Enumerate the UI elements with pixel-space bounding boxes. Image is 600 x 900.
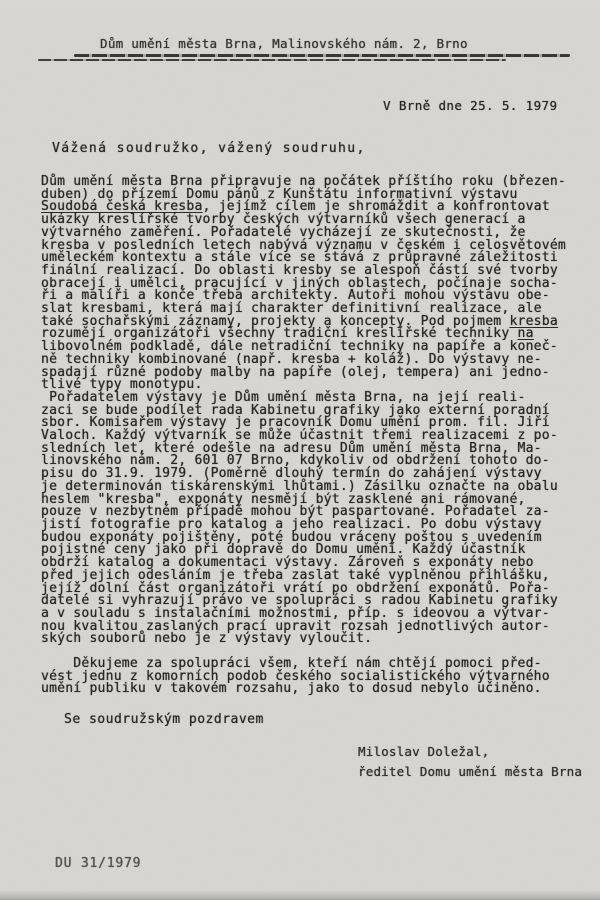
- letter-sheet: Dům umění města Brna, Malinovského nám. …: [0, 0, 600, 900]
- letterhead-rule-top: [74, 54, 570, 57]
- reference-number: DU 31/1979: [55, 856, 141, 871]
- letter-line: ských souborů nebo je z výstavy vyloučit…: [41, 633, 581, 646]
- letterhead-rule-bottom: [38, 59, 506, 61]
- signature-block: Miloslav Doležal, ředitel Domu umění měs…: [358, 742, 582, 782]
- letter-line: umění publiku v takovém rozsahu, jako to…: [41, 683, 581, 696]
- bottom-scan-shadow: [0, 890, 600, 900]
- letterhead-org-line: Dům umění města Brna, Malinovského nám. …: [100, 36, 468, 51]
- date-line: V Brně dne 25. 5. 1979: [383, 98, 557, 113]
- salutation: Vážená soudružko, vážený soudruhu,: [52, 141, 366, 156]
- paragraph: Dům umění města Brna připravuje na počát…: [41, 176, 581, 392]
- paragraph: Pořadatelem výstavy je Dům umění města B…: [41, 392, 581, 646]
- signature-title: ředitel Domu umění města Brna: [358, 762, 582, 782]
- paragraph: Děkujeme za spolupráci všem, kteří nám c…: [41, 658, 581, 696]
- closing-phrase: Se soudružským pozdravem: [64, 712, 264, 727]
- letter-body: Dům umění města Brna připravuje na počát…: [41, 176, 581, 696]
- signature-name: Miloslav Doležal,: [358, 742, 582, 762]
